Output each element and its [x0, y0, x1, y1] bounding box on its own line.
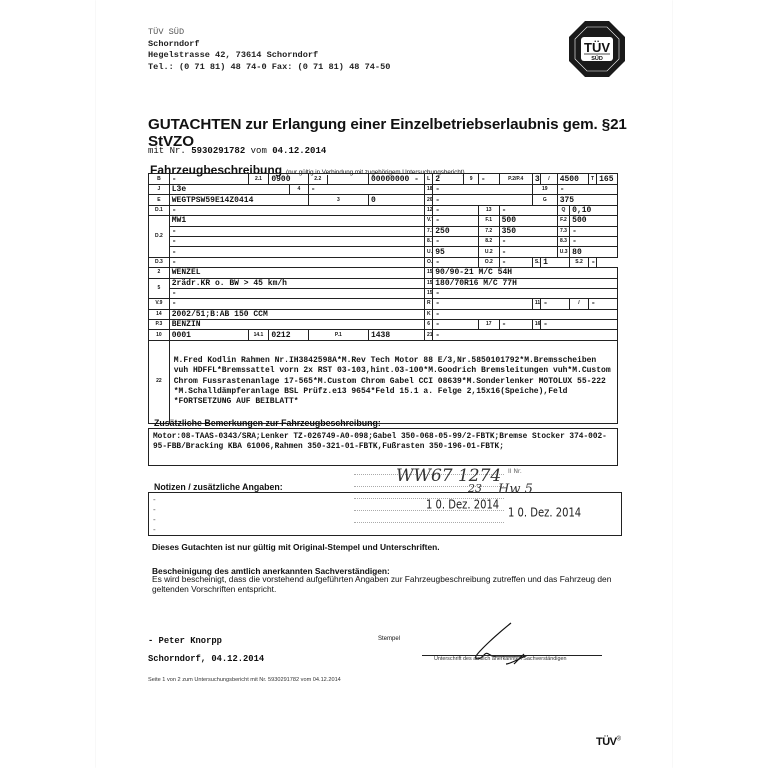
field-value: 90/90-21 M/C 54H: [433, 268, 618, 278]
field-value: -: [499, 205, 557, 215]
field-value: -: [169, 247, 424, 257]
field-value: -: [433, 288, 618, 298]
field-key: /: [541, 174, 558, 185]
table-row: D.2 MW1 V.7 - F.1 500 F.2 500: [149, 216, 618, 226]
table-row: J L3e 4 - 18 - 19 -: [149, 185, 618, 195]
field-key: 7.1: [424, 226, 432, 236]
field-value: 500: [499, 216, 557, 226]
field-key: S.2: [570, 257, 589, 267]
field-value: -: [433, 185, 533, 195]
field-value: -: [433, 330, 618, 340]
field-value: 36: [532, 174, 540, 185]
field-value: -: [588, 299, 617, 309]
field-key: 15.2: [424, 278, 432, 288]
field-key: 2.2: [309, 175, 328, 184]
field-value: -: [433, 257, 479, 267]
table-row: 14 2002/51;B:AB 150 CCM K -: [149, 309, 618, 319]
field-key: 13: [478, 205, 499, 215]
field-value: WEGTPSW59E14Z0414: [169, 195, 308, 205]
field-cell: 2.2: [308, 174, 368, 185]
document-title: GUTACHTEN zur Erlangung einer Einzelbetr…: [148, 116, 672, 150]
field-key: V.9: [149, 299, 170, 309]
field-value: -: [169, 257, 424, 267]
table-row: - 7.1 250 7.2 350 7.3 -: [149, 226, 618, 236]
field-value: MW1: [169, 216, 424, 226]
field-key: 8.1: [424, 236, 432, 246]
page-footer: Seite 1 von 2 zum Untersuchungsbericht m…: [148, 677, 341, 683]
org-city: Schorndorf: [148, 39, 390, 51]
reference-line: mit Nr. 5930291782 vom 04.12.2014: [148, 146, 326, 156]
table-row: D.1 - 12 - 13 - Q 0,10: [149, 205, 618, 215]
reference-date-prefix: vom: [251, 146, 267, 156]
field-key: U.1: [424, 247, 432, 257]
field-key: L: [424, 174, 432, 185]
certification-text: Es wird bescheinigt, dass die vorstehend…: [152, 574, 622, 595]
org-name: TÜV SÜD: [148, 27, 390, 39]
field-key: T: [588, 174, 596, 185]
field-key: F.1: [478, 216, 499, 226]
field-key: 22: [149, 340, 170, 423]
org-address: Hegelstrasse 42, 73614 Schorndorf: [148, 50, 390, 62]
handwritten-small: 23: [468, 482, 482, 495]
field-key: F.2: [557, 216, 569, 226]
field-key: 8.3: [557, 236, 569, 246]
field-key: 12: [424, 205, 432, 215]
field-value: 375: [557, 195, 617, 205]
field-value: -: [169, 236, 424, 246]
field-value: 4500: [557, 174, 588, 185]
table-row: B - 2.1 0900 2.2 00000000 - L 2 9 - P.2/…: [149, 174, 618, 185]
table-row: - 8.1 - 8.2 - 8.3 -: [149, 236, 618, 246]
svg-text:TÜV: TÜV: [584, 40, 610, 55]
field-key: B: [149, 174, 170, 185]
field-key: 16: [532, 320, 540, 330]
field-key: 7.2: [478, 226, 499, 236]
place-date: Schorndorf, 04.12.2014: [148, 654, 264, 664]
field-key: S.1: [532, 257, 540, 267]
handwritten-number: WW67 1274: [396, 466, 501, 486]
field-value: -: [433, 205, 479, 215]
field-key: P.2/P.4: [499, 174, 532, 185]
field-key: 11: [532, 299, 540, 309]
field-value: -: [499, 320, 532, 330]
stamp-label: Stempel: [378, 636, 400, 642]
field-value: 1438: [368, 330, 424, 340]
field-value: 250: [433, 226, 479, 236]
reference-prefix: mit Nr.: [148, 146, 186, 156]
field-key: Q: [557, 205, 569, 215]
signer-name: - Peter Knorpp: [148, 636, 222, 646]
field-key: 3: [308, 195, 368, 205]
field-value: -: [557, 185, 617, 195]
table-row: - U.1 95 U.2 - U.3 80: [149, 247, 618, 257]
stamp-label: II Nr.: [508, 468, 522, 475]
field-value: -: [499, 257, 532, 267]
registered-mark-icon: ®: [617, 736, 621, 742]
field-key: 17: [478, 320, 499, 330]
field-key: V.7: [424, 216, 432, 226]
field-value: -: [433, 236, 479, 246]
field-value: -: [169, 174, 248, 185]
remarks-box: Motor:08-TAAS-0343/SRA;Lenker TZ-026749-…: [148, 428, 618, 466]
field-key: 5: [149, 278, 170, 299]
field-key: 21: [424, 330, 432, 340]
field-key: 15.1: [424, 268, 432, 278]
field-value: -: [169, 299, 424, 309]
field-value: BENZIN: [169, 320, 424, 330]
org-phone-fax: Tel.: (0 71 81) 48 74-0 Fax: (0 71 81) 4…: [148, 62, 390, 74]
field-key: 8.2: [478, 236, 499, 246]
field-key: U.3: [557, 247, 569, 257]
field-value: -: [570, 236, 618, 246]
signature-caption: Unterschrift des amtlich anerkannten Sac…: [434, 656, 566, 662]
validity-note: Dieses Gutachten ist nur gültig mit Orig…: [152, 542, 440, 552]
field-value: 95: [433, 247, 479, 257]
field-key: 20: [424, 195, 432, 205]
field-key: R: [424, 299, 432, 309]
field-key: D.1: [149, 205, 170, 215]
field-value: -: [308, 185, 424, 195]
field-value: 1: [541, 257, 570, 267]
field-value-modifications: M.Fred Kodlin Rahmen Nr.IH3842598A*M.Rev…: [169, 340, 617, 423]
field-key: 2.1: [248, 174, 269, 185]
table-row: E WEGTPSW59E14Z0414 3 0 20 - G 375: [149, 195, 618, 205]
field-value: 00000000 -: [368, 174, 424, 185]
field-key: /: [570, 299, 589, 309]
table-row: 2 WENZEL 15.1 90/90-21 M/C 54H: [149, 268, 618, 278]
field-value: 500: [570, 216, 618, 226]
field-key: G: [532, 195, 557, 205]
table-row: 5 2rädr.KR o. BW > 45 km/h 15.2 180/70R1…: [149, 278, 618, 288]
field-value: 0212: [269, 330, 308, 340]
document-page: TÜV SÜD Schorndorf Hegelstrasse 42, 7361…: [96, 0, 672, 768]
field-value: -: [433, 320, 479, 330]
field-value: -: [541, 299, 570, 309]
field-value: -: [433, 216, 479, 226]
notes-heading: Notizen / zusätzliche Angaben:: [154, 482, 283, 492]
field-key: 10: [149, 330, 170, 340]
field-value: 0900: [269, 174, 308, 185]
field-value: -: [169, 226, 424, 236]
field-key: D.2: [149, 216, 170, 258]
field-value: 0001: [169, 330, 248, 340]
field-value: 2002/51;B:AB 150 CCM: [169, 309, 424, 319]
field-value: -: [433, 299, 533, 309]
field-key: D.3: [149, 257, 170, 267]
field-value: 350: [499, 226, 557, 236]
field-value: L3e: [169, 185, 289, 195]
remarks-heading: Zusätzliche Bemerkungen zur Fahrzeugbesc…: [154, 418, 381, 428]
reference-number: 5930291782: [191, 146, 245, 156]
field-value: 0,10: [570, 205, 618, 215]
field-value: 0: [368, 195, 424, 205]
field-value: 80: [570, 247, 618, 257]
field-key: 4: [290, 185, 309, 195]
reference-date: 04.12.2014: [272, 146, 326, 156]
field-value: -: [433, 195, 533, 205]
tuv-logo-bottom: TÜV®: [596, 736, 620, 748]
field-key: E: [149, 195, 170, 205]
table-row: 10 0001 14.1 0212 P.1 1438 21 -: [149, 330, 618, 340]
svg-text:SÜD: SÜD: [591, 55, 603, 62]
field-value: -: [499, 236, 557, 246]
field-key: U.2: [478, 247, 499, 257]
field-value: -: [478, 174, 499, 185]
letterhead: TÜV SÜD Schorndorf Hegelstrasse 42, 7361…: [148, 27, 390, 73]
field-value: -: [433, 309, 618, 319]
field-value: -: [541, 320, 618, 330]
vehicle-description-table: B - 2.1 0900 2.2 00000000 - L 2 9 - P.2/…: [148, 173, 618, 424]
table-row: P.3 BENZIN 6 - 17 - 16 -: [149, 320, 618, 330]
field-key: 7.3: [557, 226, 569, 236]
field-key: 19: [532, 185, 557, 195]
field-key: O.2: [478, 257, 499, 267]
date-stamp-2: 1 0. Dez. 2014: [508, 507, 581, 521]
table-row: V.9 - R - 11 - / -: [149, 299, 618, 309]
field-key: O.1: [424, 257, 432, 267]
field-key: 14.1: [248, 330, 269, 340]
field-key: 14: [149, 309, 170, 319]
field-value: -: [169, 288, 424, 298]
field-value: -: [499, 247, 557, 257]
field-key: 18: [424, 185, 432, 195]
field-key: K: [424, 309, 432, 319]
field-key: P.3: [149, 320, 170, 330]
field-value: 180/70R16 M/C 77H: [433, 278, 618, 288]
field-key: 2: [149, 268, 170, 278]
field-value: -: [570, 226, 618, 236]
field-key: 9: [464, 174, 479, 185]
field-key: 6: [424, 320, 432, 330]
table-row: - 15.3 -: [149, 288, 618, 298]
date-stamp-1: 1 0. Dez. 2014: [426, 499, 499, 513]
handwritten-initials: Hw 5: [498, 482, 533, 497]
field-key: 15.3: [424, 288, 432, 298]
field-value: 2: [433, 174, 464, 185]
field-value: 2rädr.KR o. BW > 45 km/h: [169, 278, 424, 288]
tuv-sud-octagon-logo-icon: TÜV SÜD: [567, 19, 627, 79]
field-key: J: [149, 185, 170, 195]
table-row: D.3 - O.1 - O.2 - S.1 1 S.2 -: [149, 257, 618, 267]
table-row: 22 M.Fred Kodlin Rahmen Nr.IH3842598A*M.…: [149, 340, 618, 423]
field-key: P.1: [308, 330, 368, 340]
field-value: WENZEL: [169, 268, 424, 278]
field-value: -: [169, 205, 424, 215]
field-value: 165: [597, 174, 618, 185]
field-value: -: [588, 257, 596, 267]
tuv-logo-text: TÜV: [596, 736, 617, 748]
